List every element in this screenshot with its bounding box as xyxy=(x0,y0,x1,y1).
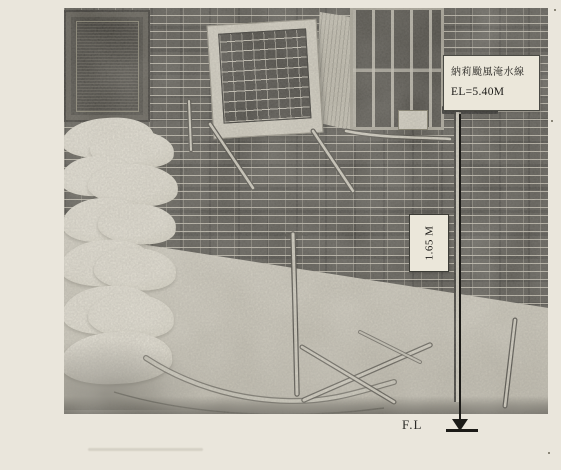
height-value-text: 1.65 M xyxy=(423,226,435,261)
typhoon-flood-line-text: 納莉颱風淹水線 xyxy=(451,63,534,78)
paper-speck xyxy=(551,120,553,122)
flood-level-label: 納莉颱風淹水線 EL=5.40M xyxy=(443,55,540,111)
floor-datum-tick xyxy=(446,429,478,432)
elevation-value-text: EL=5.40M xyxy=(451,86,534,98)
ac-support-bracket xyxy=(210,124,353,191)
paper-speck xyxy=(548,452,550,454)
height-dimension-label: 1.65 M xyxy=(409,214,449,272)
flood-site-photograph: 納莉颱風淹水線 EL=5.40M 1.65 M xyxy=(64,8,548,414)
floor-level-label: F.L xyxy=(402,417,422,433)
leaning-stick xyxy=(505,320,515,406)
dimension-line xyxy=(459,114,461,420)
window-conduit xyxy=(346,131,450,139)
wall-pipe xyxy=(286,234,302,394)
paper-smudge xyxy=(88,448,203,451)
paper-speck xyxy=(554,9,556,11)
pipe-behind-sandbags xyxy=(189,101,191,150)
scanned-report-page: 納莉颱風淹水線 EL=5.40M 1.65 M F.L xyxy=(0,0,561,470)
